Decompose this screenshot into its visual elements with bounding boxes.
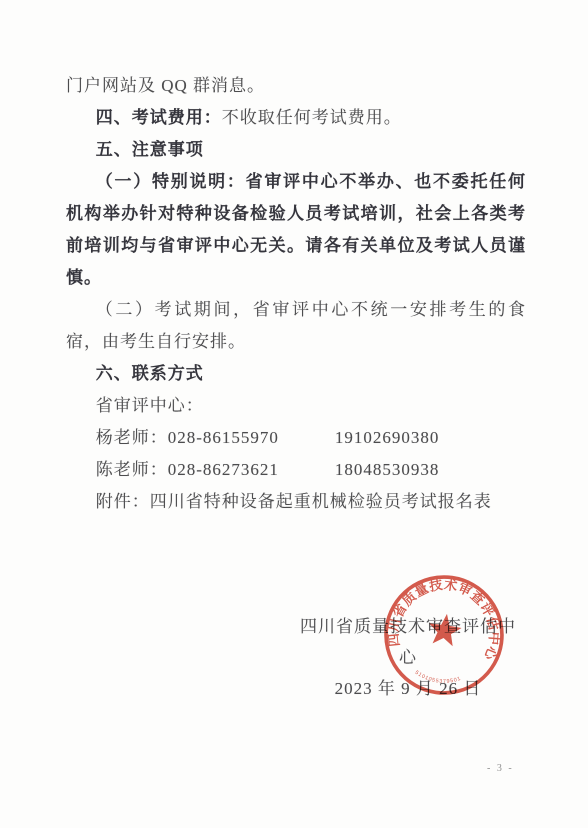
paragraph-continuation: 门户网站及 QQ 群消息。 — [66, 70, 526, 102]
seal-svg: 四川省质量技术审查评估中心 5101055379501 — [375, 566, 513, 704]
contact-row-chen: 陈老师：028-8627362118048530938 — [66, 454, 526, 486]
contact-name: 杨老师： — [96, 428, 168, 447]
section-4-label: 四、考试费用： — [96, 108, 222, 127]
section-4-line: 四、考试费用：不收取任何考试费用。 — [66, 102, 526, 134]
section-5-item-2: （二）考试期间，省审评中心不统一安排考生的食宿，由考生自行安排。 — [66, 294, 526, 358]
seal-star-icon — [426, 612, 463, 648]
section-4-text: 不收取任何考试费用。 — [222, 108, 402, 127]
seal-code-text: 5101055379501 — [413, 669, 463, 687]
official-seal: 四川省质量技术审查评估中心 5101055379501 — [375, 566, 513, 704]
section-5-heading: 五、注意事项 — [66, 134, 526, 166]
document-body: 门户网站及 QQ 群消息。 四、考试费用：不收取任何考试费用。 五、注意事项 （… — [66, 70, 526, 518]
attachment-line: 附件：四川省特种设备起重机械检验员考试报名表 — [66, 486, 526, 518]
page-number: - 3 - — [487, 763, 514, 774]
contact-name: 陈老师： — [96, 460, 168, 479]
section-6-heading: 六、联系方式 — [66, 358, 526, 390]
contact-center-label: 省审评中心： — [66, 390, 526, 422]
contact-row-yang: 杨老师：028-8615597019102690380 — [66, 422, 526, 454]
contact-mobile: 18048530938 — [335, 460, 440, 479]
contact-phone: 028-86273621 — [168, 460, 279, 479]
contact-mobile: 19102690380 — [335, 428, 440, 447]
document-page: 门户网站及 QQ 群消息。 四、考试费用：不收取任何考试费用。 五、注意事项 （… — [0, 0, 588, 828]
section-5-item-1: （一）特别说明：省审评中心不举办、也不委托任何机构举办针对特种设备检验人员考试培… — [66, 166, 526, 294]
contact-phone: 028-86155970 — [168, 428, 279, 447]
